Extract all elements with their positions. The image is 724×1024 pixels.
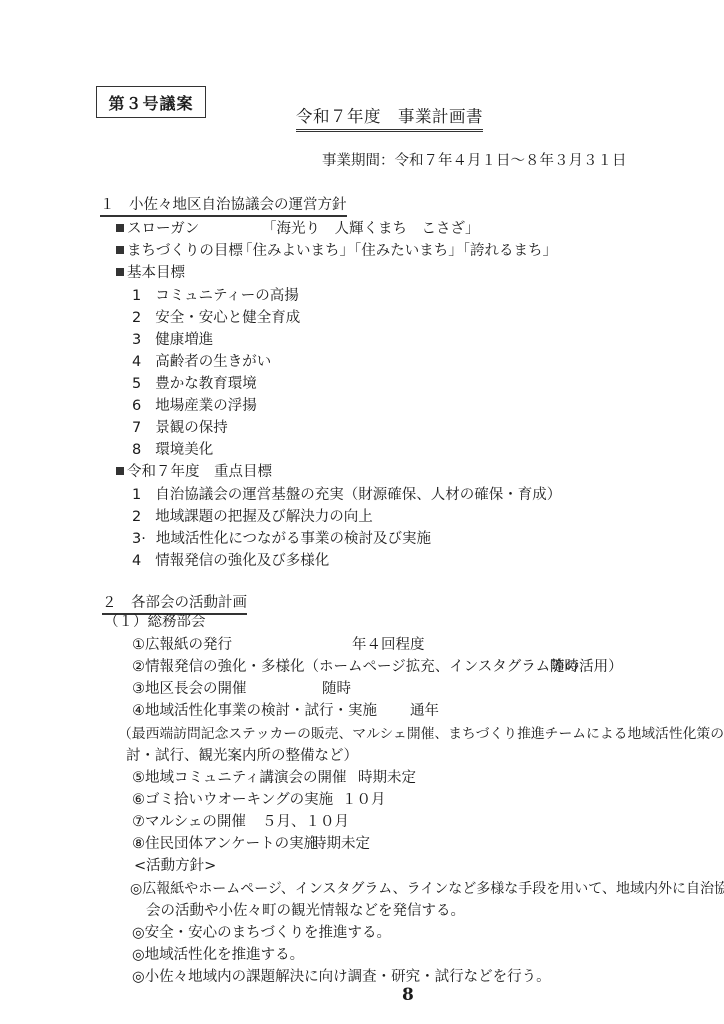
basic-goal-item: 3健康増進 xyxy=(132,331,213,349)
activity-timing: ５月、１０月 xyxy=(262,813,349,831)
policy-item: ◎小佐々地域内の課題解決に向け調査・研究・試行などを行う。 xyxy=(132,968,551,986)
square-bullet-icon xyxy=(116,224,124,232)
priority-goal-item: 1自治協議会の運営基盤の充実（財源確保、人材の確保・育成） xyxy=(132,486,561,504)
document-title: 令和７年度 事業計画書 xyxy=(296,103,483,132)
business-period: 事業期間：令和７年４月１日～８年３月３１日 xyxy=(322,149,627,170)
town-goal-row: まちづくりの目標 xyxy=(116,242,243,260)
square-bullet-icon xyxy=(116,467,124,475)
activity-item: ⑥ゴミ拾いウオーキングの実施 xyxy=(132,791,333,809)
activity-item: ④地域活性化事業の検討・試行・実施 xyxy=(132,702,377,720)
activity-timing: 時期未定 xyxy=(312,835,370,853)
policy-item: ◎地域活性化を推進する。 xyxy=(132,946,304,964)
page-number: 8 xyxy=(402,985,414,1005)
section2-heading: ２ 各部会の活動計画 xyxy=(102,591,247,615)
agenda-number-box: 第３号議案 xyxy=(96,86,206,118)
activity-timing: 随時 xyxy=(550,658,579,676)
slogan-label: スローガン xyxy=(127,221,199,237)
priority-goal-item: 2地域課題の把握及び解決力の向上 xyxy=(132,508,373,526)
policy-item-cont: 会の活動や小佐々町の観光情報などを発信する。 xyxy=(146,902,465,920)
priority-goal-item: 4情報発信の強化及び多様化 xyxy=(132,552,329,570)
activity-item: ⑧住民団体アンケートの実施 xyxy=(132,835,318,853)
activity-timing: １０月 xyxy=(342,791,386,809)
policy-item: ◎安全・安心のまちづくりを推進する。 xyxy=(132,924,391,942)
policy-item: ◎広報紙やホームページ、インスタグラム、ラインなど多様な手段を用いて、地域内外に… xyxy=(130,880,724,898)
basic-goal-item: 2安全・安心と健全育成 xyxy=(132,309,300,327)
activity-item: ⑤地域コミュニティ講演会の開催 xyxy=(132,769,347,787)
basic-goal-item: 7景観の保持 xyxy=(132,419,228,437)
slogan-row: スローガン xyxy=(116,220,199,238)
section1-heading: １ 小佐々地区自治協議会の運営方針 xyxy=(100,193,347,217)
activity-policy-heading: <活動方針> xyxy=(134,857,216,875)
priority-goal-item: 3·地域活性化につながる事業の検討及び実施 xyxy=(132,530,431,548)
square-bullet-icon xyxy=(116,246,124,254)
slogan-value: 「海光り 人輝くまち こさざ」 xyxy=(262,220,480,238)
activity-item: ③地区長会の開催 xyxy=(132,680,247,698)
activity-item: ①広報紙の発行 xyxy=(132,636,232,654)
agenda-number: 第３号議案 xyxy=(108,91,193,114)
town-goal-label: まちづくりの目標 xyxy=(127,243,243,259)
activity-note-line1: （最西端訪問記念ステッカーの販売、マルシェ開催、まちづくり推進チームによる地域活… xyxy=(118,725,724,743)
activity-note-line2: 討・試行、観光案内所の整備など） xyxy=(126,747,358,765)
basic-goal-item: 5豊かな教育環境 xyxy=(132,375,257,393)
priority-goals-heading: 令和７年度 重点目標 xyxy=(116,463,272,481)
basic-goals-heading: 基本目標 xyxy=(116,264,185,282)
basic-goal-item: 4高齢者の生きがい xyxy=(132,353,271,371)
basic-goal-item: 6地場産業の浮揚 xyxy=(132,397,257,415)
subsection-general-affairs: （１）総務部会 xyxy=(104,613,206,631)
activity-timing: 年４回程度 xyxy=(352,636,425,654)
basic-goal-item: 1コミュニティーの高揚 xyxy=(132,287,299,305)
basic-goal-item: 8環境美化 xyxy=(132,441,213,459)
activity-timing: 通年 xyxy=(410,702,439,720)
activity-timing: 随時 xyxy=(322,680,351,698)
activity-timing: 時期未定 xyxy=(358,769,416,787)
activity-item: ⑦マルシェの開催 xyxy=(132,813,246,831)
town-goal-value: 「住みよいまち」「住みたいまち」「誇れるまち」 xyxy=(238,242,557,260)
square-bullet-icon xyxy=(116,268,124,276)
